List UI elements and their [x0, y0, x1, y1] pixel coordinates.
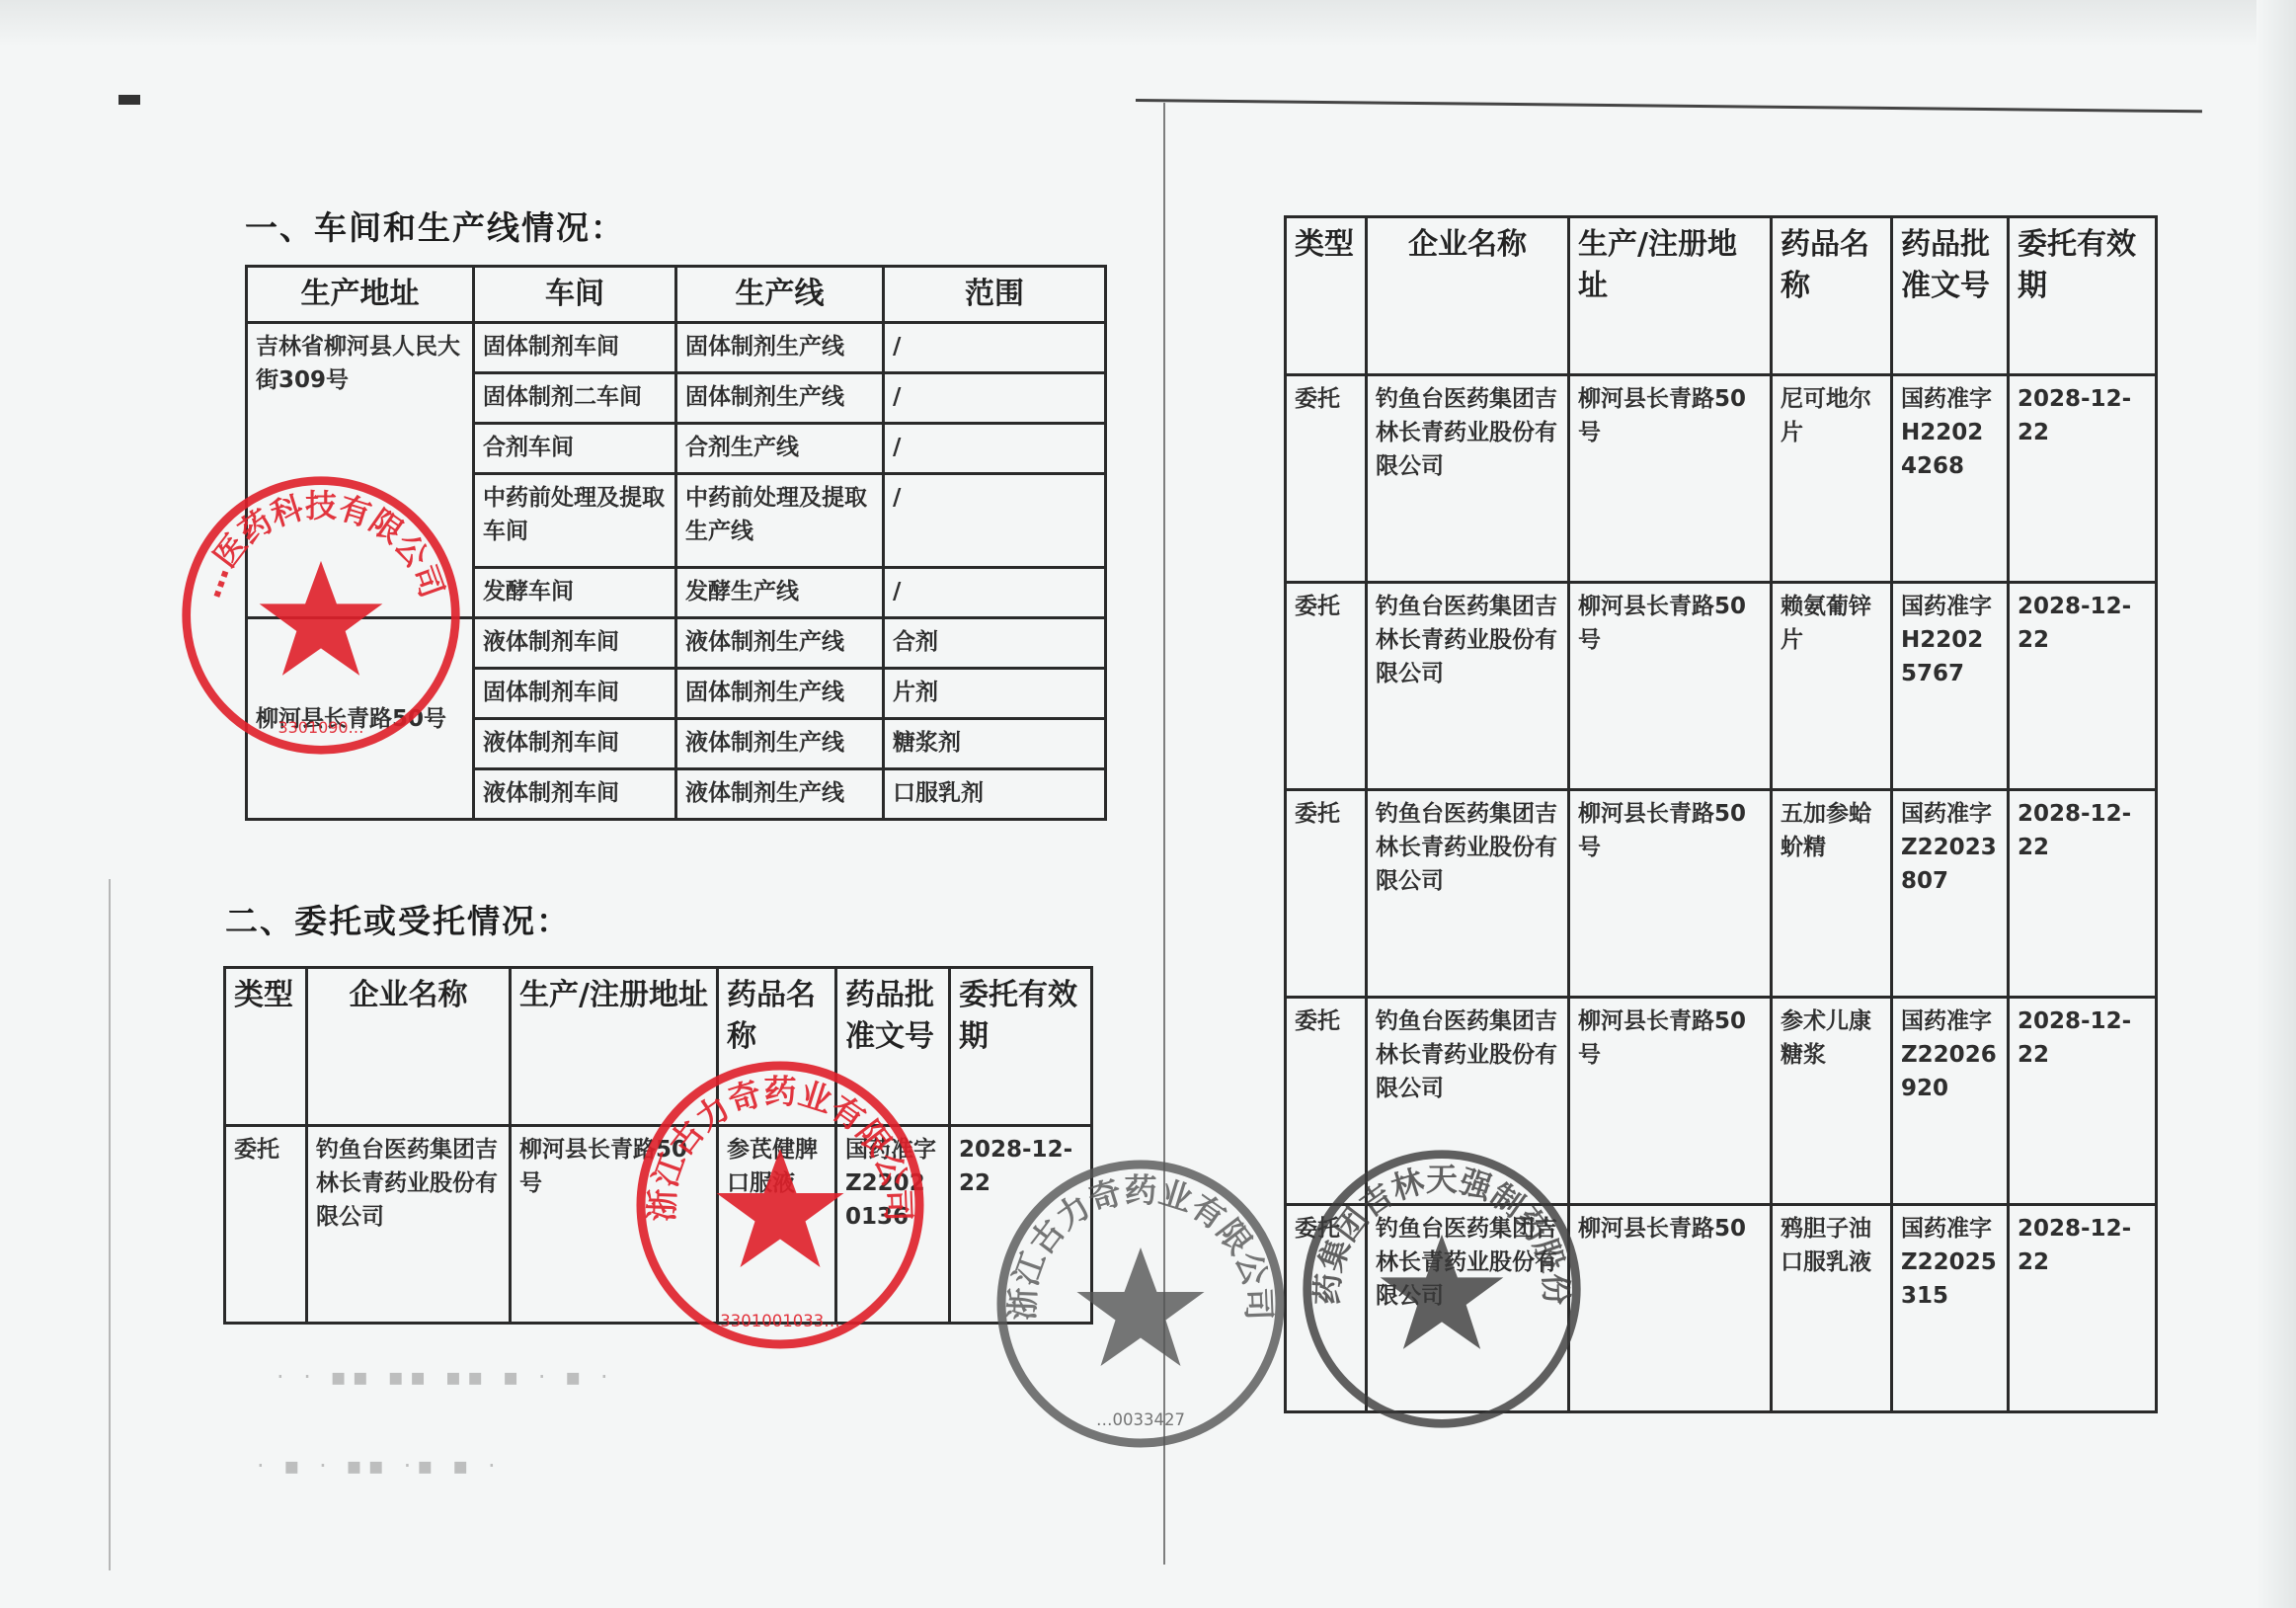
workshop-cell: 固体制剂车间	[474, 323, 676, 373]
page-fold-line	[1163, 103, 1165, 1565]
table-row: 委托钓鱼台医药集团吉林长青药业股份有限公司柳河县长青路50号参术儿康糖浆国药准字…	[1286, 998, 2157, 1205]
company-cell: 钓鱼台医药集团吉林长青药业股份有限公司	[1367, 375, 1569, 583]
type-cell: 委托	[1286, 583, 1367, 790]
type-cell: 委托	[1286, 790, 1367, 998]
scan-edge-top	[0, 0, 2296, 47]
table-row: 委托钓鱼台医药集团吉林长青药业股份有限公司柳河县长青路50号赖氨葡锌片国药准字H…	[1286, 583, 2157, 790]
workshop-cell: 合剂车间	[474, 424, 676, 474]
approval-cell: 国药准字Z22026920	[1892, 998, 2009, 1205]
col-header-scope: 范围	[884, 267, 1106, 323]
approval-cell: 国药准字Z22023807	[1892, 790, 2009, 998]
line-cell: 液体制剂生产线	[676, 719, 884, 769]
col-header-type: 类型	[225, 968, 307, 1126]
delegation-table: 类型 企业名称 生产/注册地址 药品名称 药品批准文号 委托有效期 委托钓鱼台医…	[223, 966, 1093, 1325]
line-cell: 固体制剂生产线	[676, 323, 884, 373]
col-header-valid: 委托有效期	[950, 968, 1092, 1126]
approval-cell: 国药准字H22025767	[1892, 583, 2009, 790]
col-header-approval: 药品批准文号	[836, 968, 950, 1126]
scope-cell: 片剂	[884, 669, 1106, 719]
line-cell: 合剂生产线	[676, 424, 884, 474]
scope-cell: /	[884, 323, 1106, 373]
table-row: 委托钓鱼台医药集团吉林长青药业股份有限公司柳河县长青路50鸦胆子油口服乳液国药准…	[1286, 1205, 2157, 1412]
approval-cell: 国药准字Z22020136	[836, 1126, 950, 1324]
delegation-continuation-table: 类型 企业名称 生产/注册地址 药品名称 药品批准文号 委托有效期 委托钓鱼台医…	[1284, 215, 2158, 1413]
address-cell: 柳河县长青路50号	[1569, 583, 1772, 790]
line-cell: 液体制剂生产线	[676, 618, 884, 669]
type-cell: 委托	[1286, 375, 1367, 583]
line-cell: 固体制剂生产线	[676, 373, 884, 424]
drug-cell: 赖氨葡锌片	[1772, 583, 1892, 790]
col-header-line: 生产线	[676, 267, 884, 323]
line-cell: 发酵生产线	[676, 568, 884, 618]
section1-title: 一、车间和生产线情况：	[245, 202, 625, 249]
col-header-drug: 药品名称	[718, 968, 836, 1126]
approval-cell: 国药准字Z22025315	[1892, 1205, 2009, 1412]
drug-cell: 五加参蛤蚧精	[1772, 790, 1892, 998]
company-cell: 钓鱼台医药集团吉林长青药业股份有限公司	[307, 1126, 511, 1324]
scope-cell: 合剂	[884, 618, 1106, 669]
address-cell: 柳河县长青路50号	[1569, 375, 1772, 583]
col-header-valid: 委托有效期	[2009, 217, 2157, 375]
scope-cell: 糖浆剂	[884, 719, 1106, 769]
workshop-cell: 中药前处理及提取车间	[474, 474, 676, 568]
col-header-company: 企业名称	[1367, 217, 1569, 375]
col-header-company: 企业名称	[307, 968, 511, 1126]
scope-cell: /	[884, 474, 1106, 568]
scan-edge-right	[2256, 0, 2296, 1608]
valid-cell: 2028-12-22	[2009, 998, 2157, 1205]
scan-mark	[119, 95, 140, 105]
company-cell: 钓鱼台医药集团吉林长青药业股份有限公司	[1367, 998, 1569, 1205]
workshop-cell: 发酵车间	[474, 568, 676, 618]
scope-cell: /	[884, 568, 1106, 618]
workshop-cell: 液体制剂车间	[474, 769, 676, 820]
faint-scan-text: · ▪ · ▪▪ ·▪ ▪ ·	[257, 1452, 502, 1480]
col-header-address: 生产地址	[247, 267, 474, 323]
scope-cell: 口服乳剂	[884, 769, 1106, 820]
table-header-row: 类型 企业名称 生产/注册地址 药品名称 药品批准文号 委托有效期	[1286, 217, 2157, 375]
address-cell: 柳河县长青路50号	[1569, 790, 1772, 998]
valid-cell: 2028-12-22	[2009, 1205, 2157, 1412]
drug-cell: 鸦胆子油口服乳液	[1772, 1205, 1892, 1412]
valid-cell: 2028-12-22	[2009, 583, 2157, 790]
address-cell: 柳河县长青路50号	[511, 1126, 718, 1324]
col-header-approval: 药品批准文号	[1892, 217, 2009, 375]
scope-cell: /	[884, 424, 1106, 474]
site-address: 吉林省柳河县人民大街309号	[247, 323, 474, 618]
col-header-address: 生产/注册地址	[1569, 217, 1772, 375]
approval-cell: 国药准字H22024268	[1892, 375, 2009, 583]
top-rule-line	[1136, 99, 2202, 113]
type-cell: 委托	[1286, 998, 1367, 1205]
faint-scan-text: · · ▪▪ ▪▪ ▪▪ ▪ · ▪ ·	[277, 1363, 614, 1391]
table-row: 吉林省柳河县人民大街309号固体制剂车间固体制剂生产线/	[247, 323, 1106, 373]
left-margin-line	[109, 879, 111, 1570]
type-cell: 委托	[225, 1126, 307, 1324]
workshop-table: 生产地址 车间 生产线 范围 吉林省柳河县人民大街309号固体制剂车间固体制剂生…	[245, 265, 1107, 821]
line-cell: 固体制剂生产线	[676, 669, 884, 719]
line-cell: 中药前处理及提取生产线	[676, 474, 884, 568]
workshop-cell: 液体制剂车间	[474, 719, 676, 769]
col-header-drug: 药品名称	[1772, 217, 1892, 375]
table-header-row: 类型 企业名称 生产/注册地址 药品名称 药品批准文号 委托有效期	[225, 968, 1092, 1126]
col-header-workshop: 车间	[474, 267, 676, 323]
table-row: 委托钓鱼台医药集团吉林长青药业股份有限公司柳河县长青路50号参芪健脾口服液国药准…	[225, 1126, 1092, 1324]
valid-cell: 2028-12-22	[2009, 790, 2157, 998]
valid-cell: 2028-12-22	[950, 1126, 1092, 1324]
section2-title: 二、委托或受托情况：	[225, 896, 571, 942]
col-header-address: 生产/注册地址	[511, 968, 718, 1126]
table-row: 柳河县长青路50号液体制剂车间液体制剂生产线合剂	[247, 618, 1106, 669]
table-row: 委托钓鱼台医药集团吉林长青药业股份有限公司柳河县长青路50号五加参蛤蚧精国药准字…	[1286, 790, 2157, 998]
drug-cell: 参芪健脾口服液	[718, 1126, 836, 1324]
col-header-type: 类型	[1286, 217, 1367, 375]
company-cell: 钓鱼台医药集团吉林长青药业股份有限公司	[1367, 583, 1569, 790]
company-cell: 钓鱼台医药集团吉林长青药业股份有限公司	[1367, 790, 1569, 998]
workshop-cell: 固体制剂车间	[474, 669, 676, 719]
workshop-cell: 固体制剂二车间	[474, 373, 676, 424]
drug-cell: 尼可地尔片	[1772, 375, 1892, 583]
table-row: 委托钓鱼台医药集团吉林长青药业股份有限公司柳河县长青路50号尼可地尔片国药准字H…	[1286, 375, 2157, 583]
type-cell: 委托	[1286, 1205, 1367, 1412]
table-header-row: 生产地址 车间 生产线 范围	[247, 267, 1106, 323]
site-address: 柳河县长青路50号	[247, 618, 474, 820]
svg-text:…0033427: …0033427	[1096, 1410, 1185, 1429]
valid-cell: 2028-12-22	[2009, 375, 2157, 583]
line-cell: 液体制剂生产线	[676, 769, 884, 820]
workshop-cell: 液体制剂车间	[474, 618, 676, 669]
drug-cell: 参术儿康糖浆	[1772, 998, 1892, 1205]
address-cell: 柳河县长青路50号	[1569, 998, 1772, 1205]
address-cell: 柳河县长青路50	[1569, 1205, 1772, 1412]
scope-cell: /	[884, 373, 1106, 424]
company-cell: 钓鱼台医药集团吉林长青药业股份有限公司	[1367, 1205, 1569, 1412]
